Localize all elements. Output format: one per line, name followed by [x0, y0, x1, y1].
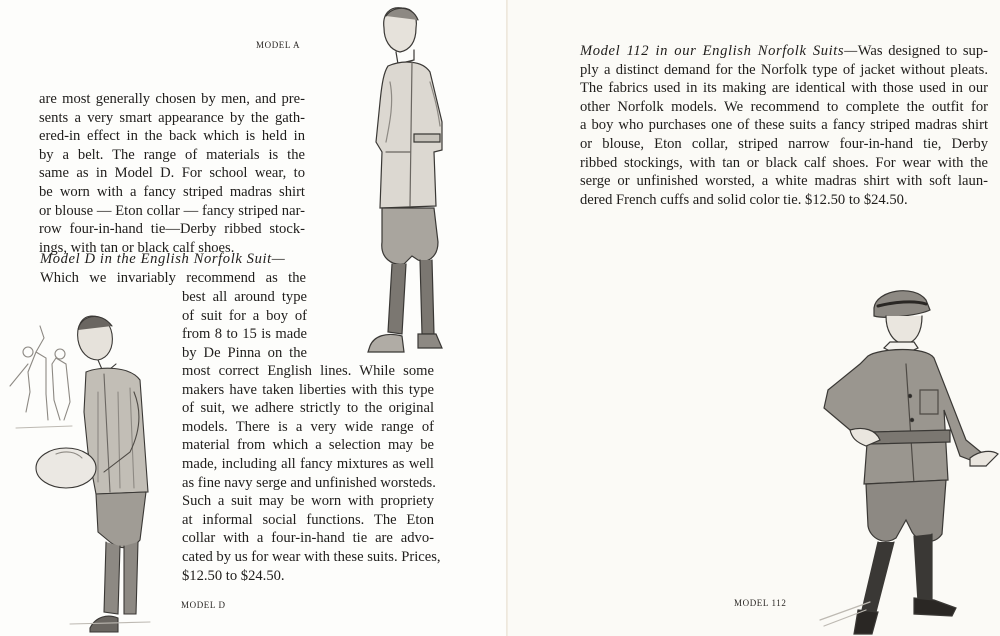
text-line: Model 112 in our English Norfolk Suits—W…: [580, 42, 988, 61]
caption-model-a: MODEL A: [256, 40, 300, 50]
text-line: ered-in effect in the back which is held…: [39, 127, 305, 146]
text-line: collar with a four-in-hand tie are advo-: [182, 529, 434, 548]
caption-model-d: MODEL D: [181, 600, 226, 610]
text-line: same as in Model D. For school wear, to: [39, 164, 305, 183]
caption-model-112: MODEL 112: [734, 598, 786, 608]
model-d-intro: Model D in the English Norfolk Suit— Whi…: [40, 250, 306, 287]
text-line: most correct English lines. While some: [182, 362, 434, 381]
text-line: ribbed stockings, with tan or black calf…: [580, 154, 988, 173]
text-line: The fabrics used in its making are ident…: [580, 79, 988, 98]
text-line: by a belt. The range of materials is the: [39, 146, 305, 165]
text-line: ply a distinct demand for the Norfolk ty…: [580, 61, 988, 80]
model-d-narrow-lines: best all around type of suit for a boy o…: [182, 288, 307, 362]
text-line: models. There is a very wide range of: [182, 418, 434, 437]
text-line: makers have taken liberties with this ty…: [182, 381, 434, 400]
text-line: or blouse — Eton collar — fancy striped …: [39, 202, 305, 221]
catalog-spread: MODEL A are most generally chosen by men…: [0, 0, 1000, 636]
right-page: Model 112 in our English Norfolk Suits—W…: [508, 0, 1000, 636]
text-line: serge or unfinished worsted, a white mad…: [580, 172, 988, 191]
text-line: be worn with a fancy striped madras shir…: [39, 183, 305, 202]
text-line: row four-in-hand tie—Derby ribbed stock-: [39, 220, 305, 239]
model-d-body: most correct English lines. While some m…: [182, 362, 434, 585]
boy-standing-side-view-icon: [330, 2, 455, 358]
model-a-continued-paragraph: are most generally chosen by men, and pr…: [39, 90, 305, 257]
model-d-heading: Model D in the English Norfolk Suit—: [40, 250, 306, 269]
text-line: from 8 to 15 is made: [182, 325, 307, 344]
text-line: cated by us for wear with these suits. P…: [182, 548, 434, 567]
text-line: a boy who purchases one of these suits a…: [580, 116, 988, 135]
model-112-heading: Model 112 in our English Norfolk Suits—: [580, 43, 858, 59]
text-line: other Norfolk models. We recommend to co…: [580, 98, 988, 117]
text-line: as fine navy serge and unfinished worste…: [182, 474, 434, 493]
text-line: sents a very smart appearance by the gat…: [39, 109, 305, 128]
model-a-illustration: [330, 2, 455, 358]
text-line: best all around type: [182, 288, 307, 307]
text-line: Which we invariably recommend as the: [40, 269, 306, 288]
left-page: MODEL A are most generally chosen by men…: [0, 0, 507, 636]
model-d-illustration: [0, 302, 160, 636]
text-line: at informal social functions. The Eton: [182, 511, 434, 530]
text-line: of suit, we adhere strictly to the origi…: [182, 399, 434, 418]
text-line: $12.50 to $24.50.: [182, 567, 434, 586]
boy-in-hat-hand-on-hip-icon: [810, 280, 1000, 636]
model-112-paragraph: Model 112 in our English Norfolk Suits—W…: [580, 42, 988, 209]
model-112-illustration: [810, 280, 1000, 636]
text-line: of suit for a boy of: [182, 307, 307, 326]
text-line: are most generally chosen by men, and pr…: [39, 90, 305, 109]
text-line: material from which a selection may be: [182, 436, 434, 455]
text-run: Was designed to sup-: [858, 43, 988, 59]
boy-with-rugby-ball-icon: [0, 302, 160, 636]
text-line: or blouse, Eton collar, striped narrow f…: [580, 135, 988, 154]
text-line: by De Pinna on the: [182, 344, 307, 363]
text-line: made, including all fancy mixtures as we…: [182, 455, 434, 474]
text-line: dered French cuffs and solid color tie. …: [580, 191, 988, 210]
text-line: Such a suit may be worn with propriety: [182, 492, 434, 511]
